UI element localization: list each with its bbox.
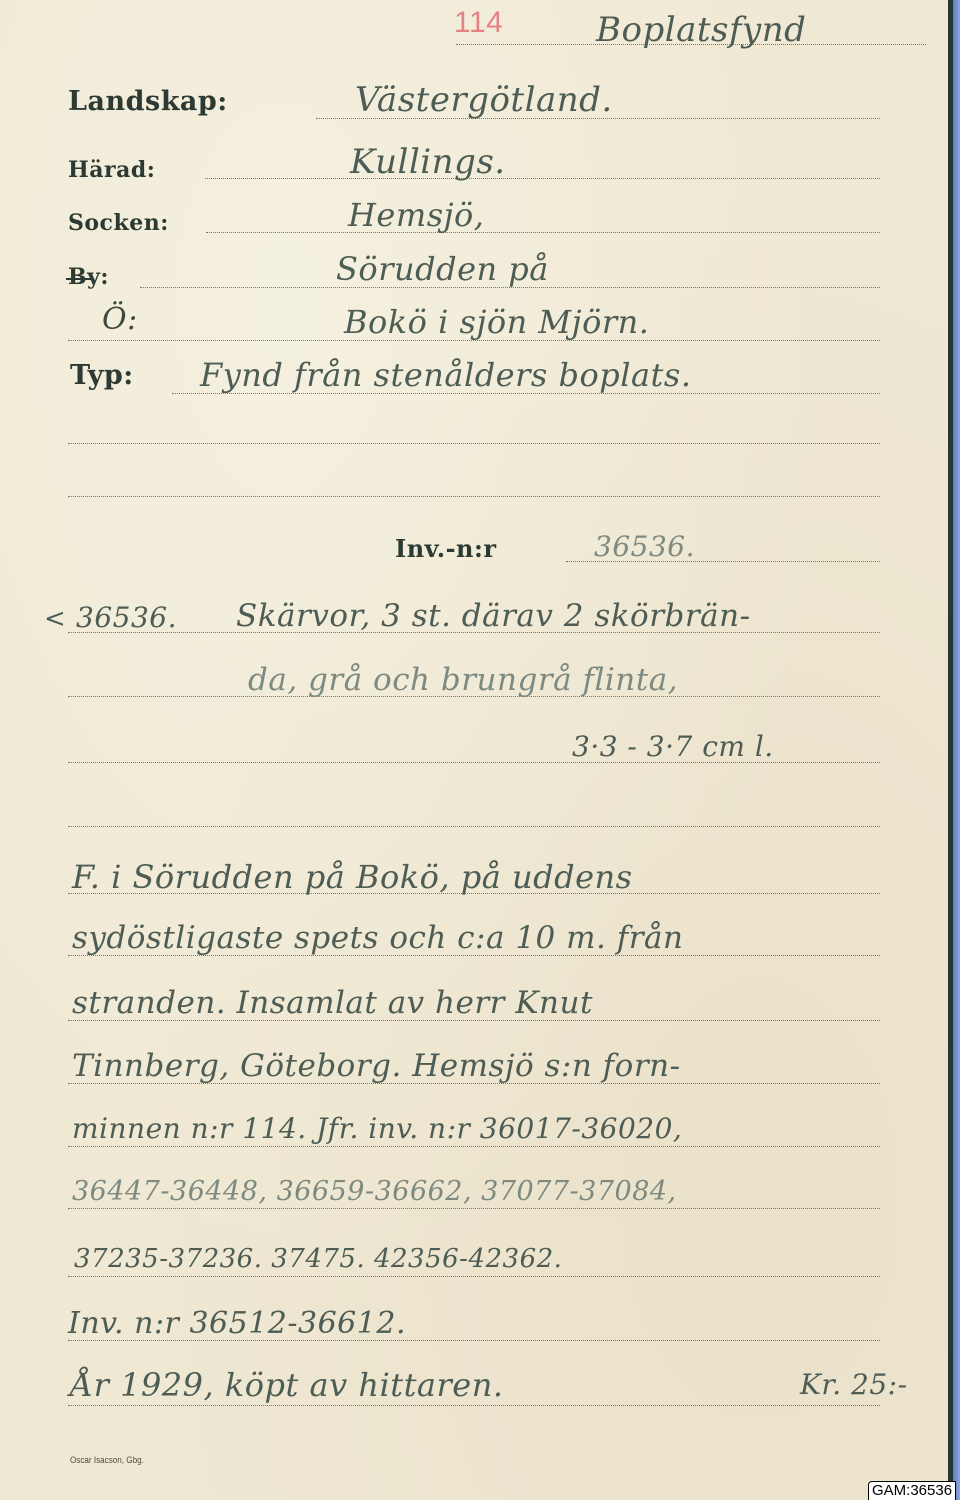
entry-line-3: 3·3 - 3·7 cm l. — [572, 730, 774, 763]
label-by: By: — [68, 264, 109, 290]
entry-number: 36536. — [76, 601, 177, 634]
label-harad: Härad: — [68, 157, 155, 183]
field-socken: Hemsjö, — [348, 196, 484, 234]
inventory-number: 36536. — [594, 530, 695, 563]
rule-desc-6 — [68, 1208, 880, 1209]
label-socken: Socken: — [68, 210, 169, 236]
field-landskap: Västergötland. — [355, 80, 613, 120]
acquisition-text: År 1929, köpt av hittaren. — [70, 1366, 504, 1404]
desc-line-5: minnen n:r 114. Jfr. inv. n:r 36017-3602… — [72, 1112, 682, 1145]
desc-line-2: sydöstligaste spets och c:a 10 m. från — [72, 920, 683, 956]
scan-background-edge — [953, 0, 960, 1500]
field-o: Bokö i sjön Mjörn. — [344, 303, 649, 341]
entry-line-2: da, grå och brungrå flinta, — [248, 662, 678, 698]
rule-empty-2 — [68, 496, 880, 497]
rule-harad — [205, 178, 880, 179]
entry-line-1: Skärvor, 3 st. därav 2 skörbrän- — [236, 598, 751, 634]
archive-id-stamp: GAM:36536 — [868, 1481, 956, 1500]
desc-line-3: stranden. Insamlat av herr Knut — [72, 985, 593, 1021]
label-inv-nr: Inv.-n:r — [395, 534, 496, 563]
label-o: Ö: — [102, 302, 138, 337]
rule-empty-3 — [68, 826, 880, 827]
desc-line-4: Tinnberg, Göteborg. Hemsjö s:n forn- — [72, 1048, 681, 1084]
catalog-card: 114 Boplatsfynd Landskap: Västergötland.… — [0, 0, 950, 1500]
desc-line-7: 37235-37236. 37475. 42356-42362. — [74, 1244, 562, 1274]
rule-socken — [206, 232, 880, 233]
printer-imprint: Oscar Isacson, Gbg. — [70, 1455, 144, 1465]
desc-line-6: 36447-36448, 36659-36662, 37077-37084, — [72, 1176, 677, 1207]
rule-desc-5 — [68, 1146, 880, 1147]
desc-line-1: F. i Sörudden på Bokö, på uddens — [72, 858, 633, 896]
rule-empty-1 — [68, 443, 880, 444]
category-heading: Boplatsfynd — [596, 10, 806, 50]
field-typ: Fynd från stenålders boplats. — [200, 356, 692, 394]
field-harad: Kullings. — [350, 142, 506, 182]
label-typ: Typ: — [70, 360, 134, 391]
label-landskap: Landskap: — [68, 86, 228, 117]
strikethrough-by — [66, 278, 94, 280]
rule-desc-7 — [68, 1276, 880, 1277]
acquisition-price: Kr. 25:- — [800, 1368, 908, 1401]
rule-acquisition — [68, 1405, 880, 1406]
catalog-mark-red: 114 — [454, 6, 503, 40]
inventory-range: Inv. n:r 36512-36612. — [68, 1306, 406, 1341]
entry-check-mark: < — [44, 604, 66, 634]
field-by: Sörudden på — [336, 250, 549, 288]
